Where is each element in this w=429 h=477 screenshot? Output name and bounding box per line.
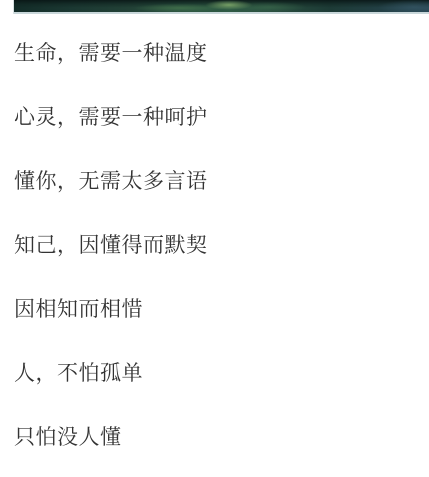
- article-body: 生命，需要一种温度 心灵，需要一种呵护 懂你，无需太多言语 知己，因懂得而默契 …: [0, 14, 429, 449]
- poem-line: 生命，需要一种温度: [14, 43, 409, 65]
- article-page: 生命，需要一种温度 心灵，需要一种呵护 懂你，无需太多言语 知己，因懂得而默契 …: [0, 0, 429, 477]
- poem-line: 懂你，无需太多言语: [14, 171, 409, 193]
- poem-line: 心灵，需要一种呵护: [14, 107, 409, 129]
- poem-line: 只怕没人懂: [14, 427, 409, 449]
- poem-line: 知己，因懂得而默契: [14, 235, 409, 257]
- poem-line: 人，不怕孤单: [14, 363, 409, 385]
- header-photo-strip: [14, 0, 429, 14]
- poem-line: 因相知而相惜: [14, 299, 409, 321]
